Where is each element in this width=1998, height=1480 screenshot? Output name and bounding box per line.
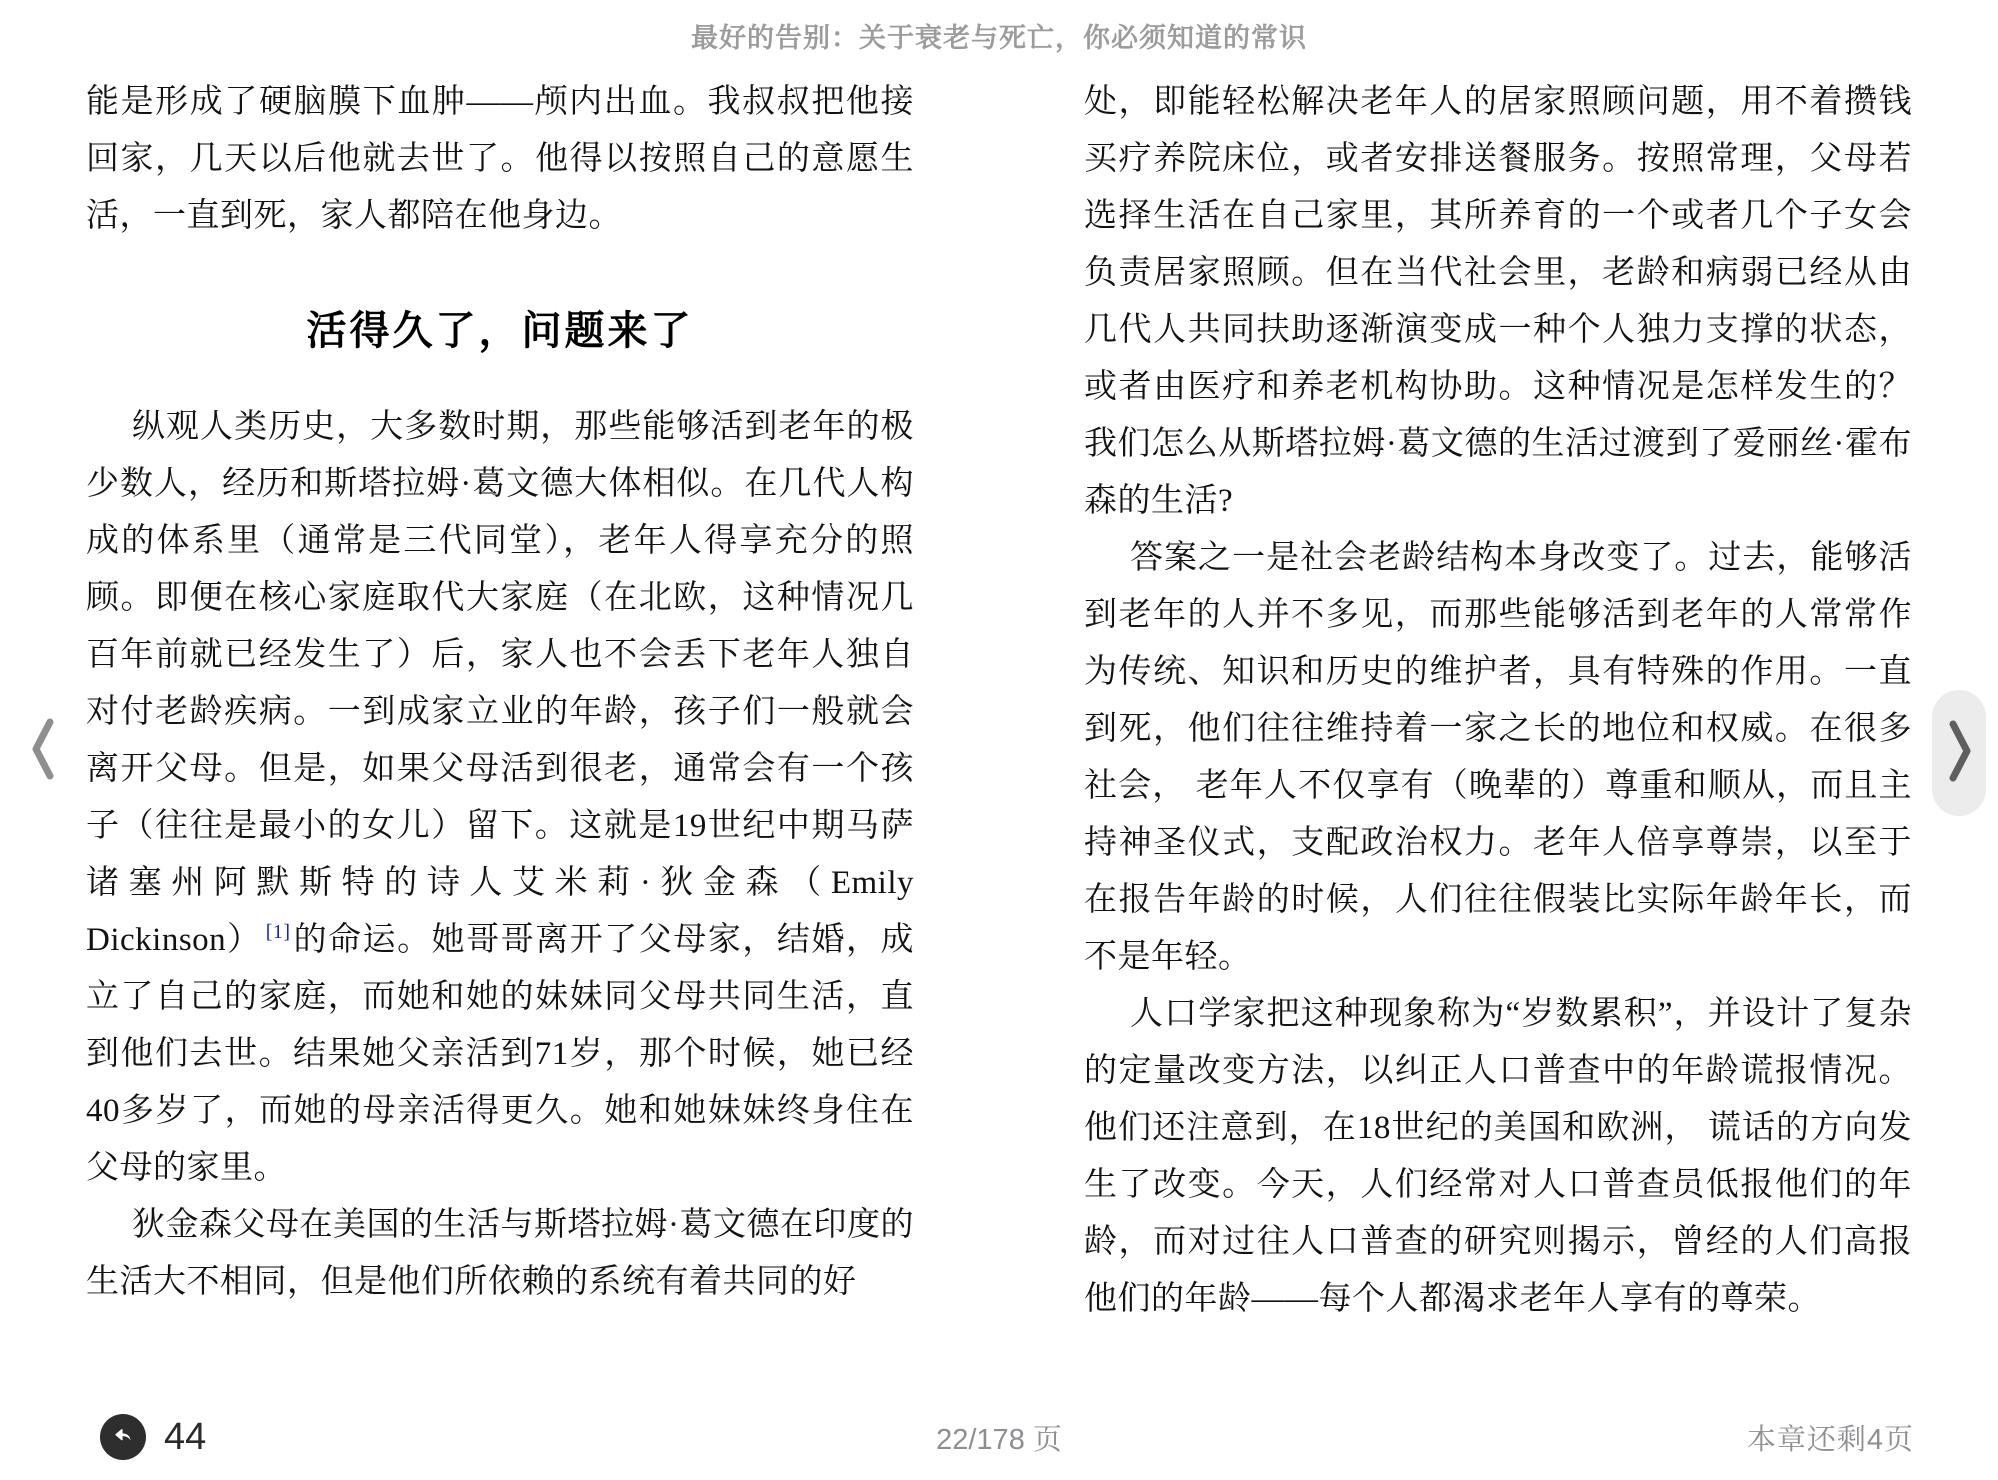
back-button[interactable]: 44 (100, 1414, 206, 1460)
footnote-ref[interactable]: [1] (266, 921, 291, 943)
paragraph: 处，即能轻松解决老年人的居家照顾问题，用不着攒钱买疗养院床位，或者安排送餐服务。… (1084, 74, 1912, 530)
paragraph: 能是形成了硬脑膜下血肿——颅内出血。我叔叔把他接回家，几天以后他就去世了。他得以… (86, 74, 914, 245)
chapter-remaining-label: 本章还剩4页 (1747, 1417, 1914, 1458)
undo-arrow-icon (100, 1414, 146, 1460)
chevron-right-icon (1944, 718, 1974, 789)
reading-area: 能是形成了硬脑膜下血肿——颅内出血。我叔叔把他接回家，几天以后他就去世了。他得以… (86, 74, 1912, 1328)
right-column: 处，即能轻松解决老年人的居家照顾问题，用不着攒钱买疗养院床位，或者安排送餐服务。… (1084, 74, 1912, 1328)
section-heading: 活得久了，问题来了 (86, 307, 914, 355)
next-page-button[interactable] (1932, 690, 1986, 816)
left-column: 能是形成了硬脑膜下血肿——颅内出血。我叔叔把他接回家，几天以后他就去世了。他得以… (86, 74, 914, 1328)
reader-footer: 44 22/178 页 本章还剩4页 (0, 1414, 1998, 1460)
back-page-number: 44 (164, 1416, 206, 1459)
prev-page-button[interactable] (28, 716, 58, 786)
paragraph: 纵观人类历史，大多数时期，那些能够活到老年的极少数人，经历和斯塔拉姆·葛文德大体… (86, 399, 914, 1197)
chevron-left-icon (29, 715, 57, 788)
book-title-header: 最好的告别：关于衰老与死亡，你必须知道的常识 (0, 16, 1998, 55)
page-indicator: 22/178 页 (936, 1417, 1062, 1458)
paragraph: 人口学家把这种现象称为“岁数累积”，并设计了复杂的定量改变方法，以纠正人口普查中… (1084, 986, 1912, 1328)
paragraph: 狄金森父母在美国的生活与斯塔拉姆·葛文德在印度的生活大不相同，但是他们所依赖的系… (86, 1197, 914, 1311)
paragraph: 答案之一是社会老龄结构本身改变了。过去，能够活到老年的人并不多见，而那些能够活到… (1084, 530, 1912, 986)
